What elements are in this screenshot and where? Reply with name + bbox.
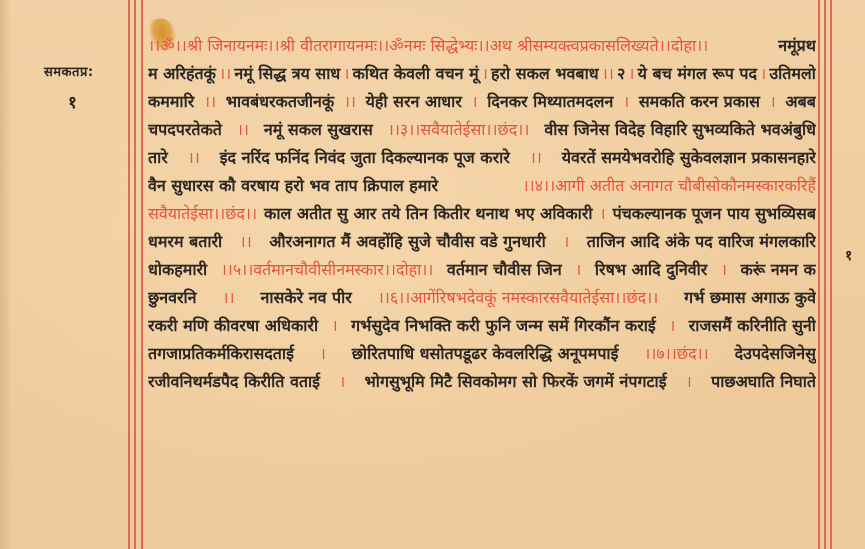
text-line: म अरिहंतकूं।।नमूं सिद्ध त्रय साध।कथित के… xyxy=(148,61,816,89)
text-line: वैन सुधारस कौ वरषाय हरो भव ताप क्रिपाल ह… xyxy=(148,173,816,201)
rubric-segment: ।।३।।सवैयातेईसा।।छंद।। xyxy=(388,117,530,145)
rubric-segment: ।।६।।आगेंरिषभदेवकूं नमस्कारसवैयातेईसा।।छ… xyxy=(378,285,659,313)
rubric-segment: ।। xyxy=(602,61,614,89)
text-line: तारे।।इंद नरिंद फनिंद निवंद जुता दिकल्या… xyxy=(148,145,816,173)
folio-number: १ xyxy=(68,90,77,113)
rubric-segment: ।। xyxy=(204,89,216,117)
text-segment: देउपदेसजिनेसु xyxy=(735,341,816,369)
text-line: सवैयातेईसा।।छंद।।काल अतीत सु आर तये तिन … xyxy=(148,201,816,229)
rubric-segment: ।। xyxy=(188,145,200,173)
text-segment: गर्भ छमास अगाऊ कुवे xyxy=(684,285,816,313)
text-segment: वीस जिनेस विदेह विहारि सुभव्यकिते भवअंबु… xyxy=(544,117,816,145)
text-line: रकरी मणि कीवरषा अधिकारी।गर्भसुदेव निभक्त… xyxy=(148,313,816,341)
rubric-segment: ।। xyxy=(344,89,356,117)
rubric-segment: । xyxy=(482,61,488,89)
text-segment: चपदपरतेकते xyxy=(148,117,222,145)
text-segment: छुनवरनि xyxy=(148,285,197,313)
rubric-segment: । xyxy=(472,89,478,117)
text-segment: कथित केवली वचन मूं xyxy=(353,61,479,89)
text-segment: इंद नरिंद फनिंद निवंद जुता दिकल्यानक पूज… xyxy=(220,145,510,173)
rubric-segment: । xyxy=(563,229,569,257)
right-margin-mark: १ xyxy=(845,246,852,265)
rubric-segment: । xyxy=(339,369,345,397)
right-border-rule-3 xyxy=(830,0,832,549)
text-segment: वर्तमान चौवीस जिन xyxy=(447,257,562,285)
text-segment: रजीवनिथर्मडपैद किरीति वताई xyxy=(148,369,320,397)
rubric-segment: । xyxy=(332,313,338,341)
rubric-segment: ।।७।।छंद।। xyxy=(644,341,708,369)
text-line: तगजाप्रतिकर्मकिरासदताई।छोरितपाधि धसोतपडू… xyxy=(148,341,816,369)
rubric-segment: । xyxy=(623,89,629,117)
text-segment: २ xyxy=(617,61,625,89)
rubric-segment: ।। xyxy=(530,145,542,173)
text-line: चपदपरतेकते।।नमूं सकल सुखरास।।३।।सवैयातेई… xyxy=(148,117,816,145)
text-line: छुनवरनि।।नासकेरे नव पीर।।६।।आगेंरिषभदेवक… xyxy=(148,285,816,313)
rubric-segment: ।।ॐ।।श्री जिनायनमः।।श्री वीतरागायनमः।।ॐन… xyxy=(148,33,708,61)
text-segment: उतिमलो xyxy=(769,61,816,89)
text-segment: समकति करन प्रकास xyxy=(639,89,760,117)
text-line: धोकहमारी।।५।।वर्तमानचौवीसीनमस्कार।।दोहा।… xyxy=(148,257,816,285)
rubric-segment: । xyxy=(320,341,326,369)
text-segment: पंचकल्यानक पूजन पाय सुभव्यिसब xyxy=(613,201,816,229)
rubric-segment: । xyxy=(669,313,675,341)
rubric-segment: ।। xyxy=(222,285,234,313)
rubric-segment: । xyxy=(600,201,606,229)
margin-title: समकतप्र: xyxy=(44,62,94,80)
rubric-segment: ।। xyxy=(237,117,249,145)
text-segment: भोगसुभूमि मिटै सिवकोमग सो फिरकें जगमें न… xyxy=(365,369,667,397)
text-segment: येवरतें समयेभवरोहि सुकेवलज्ञान प्रकासनहा… xyxy=(562,145,816,173)
page-edge-shadow xyxy=(0,0,12,549)
text-segment: काल अतीत सु आर तये तिन कितीर थनाथ भए अवि… xyxy=(264,201,592,229)
text-segment: नमूंप्रथ xyxy=(778,33,816,61)
rubric-segment: ।। xyxy=(219,61,231,89)
rubric-segment: । xyxy=(628,61,634,89)
text-segment: अबब xyxy=(785,89,816,117)
text-segment: रकरी मणि कीवरषा अधिकारी xyxy=(148,313,318,341)
rubric-segment: । xyxy=(686,369,692,397)
text-line: रजीवनिथर्मडपैद किरीति वताई।भोगसुभूमि मिट… xyxy=(148,369,816,397)
text-segment: म अरिहंतकूं xyxy=(148,61,216,89)
text-segment: हरो सकल भवबाध xyxy=(491,61,599,89)
text-segment: वैन सुधारस कौ वरषाय हरो भव ताप क्रिपाल ह… xyxy=(148,173,438,201)
left-border-rule-3 xyxy=(141,0,143,549)
text-line: ।।ॐ।।श्री जिनायनमः।।श्री वीतरागायनमः।।ॐन… xyxy=(148,33,816,61)
right-border-rule-1 xyxy=(818,0,820,549)
rubric-segment: । xyxy=(721,257,727,285)
text-segment: करूं नमन क xyxy=(740,257,815,285)
text-segment: रिषभ आदि दुनिवीर xyxy=(595,257,707,285)
text-segment: नासकेरे नव पीर xyxy=(260,285,351,313)
rubric-segment: । xyxy=(343,61,349,89)
text-segment: नमूं सिद्ध त्रय साध xyxy=(234,61,340,89)
text-segment: राजसमैं करिनीति सुनी xyxy=(689,313,816,341)
text-line: धमरम बतारी।।औरअनागत मैं अवहोंहि सुजे चौव… xyxy=(148,229,816,257)
text-segment: धमरम बतारी xyxy=(148,229,222,257)
text-segment: नमूं सकल सुखरास xyxy=(264,117,373,145)
text-segment: कममारि xyxy=(148,89,194,117)
right-border-rule-2 xyxy=(824,0,826,549)
manuscript-folio: समकतप्र: १ १ ।।ॐ।।श्री जिनायनमः।।श्री वी… xyxy=(0,0,865,549)
text-segment: पाछअघाति निघाते xyxy=(711,369,816,397)
left-border-rule-2 xyxy=(134,0,136,549)
text-segment: तारे xyxy=(148,145,168,173)
text-segment: तगजाप्रतिकर्मकिरासदताई xyxy=(148,341,294,369)
text-segment: दिनकर मिथ्यातमदलन xyxy=(487,89,613,117)
rubric-segment: । xyxy=(760,61,766,89)
text-segment: धोकहमारी xyxy=(148,257,207,285)
left-border-rule-1 xyxy=(128,0,130,549)
rubric-segment: । xyxy=(770,89,776,117)
text-segment: भावबंधरकतजीनकूं xyxy=(226,89,334,117)
manuscript-text-block: ।।ॐ।।श्री जिनायनमः।।श्री वीतरागायनमः।।ॐन… xyxy=(148,33,816,397)
text-segment: ताजिन आदि अंके पद वारिज मंगलकारि xyxy=(587,229,816,257)
rubric-segment: ।। xyxy=(240,229,252,257)
text-segment: ये बच मंगल रूप पद xyxy=(638,61,757,89)
text-segment: छोरितपाधि धसोतपडूढर केवलरिद्धि अनूपमपाई xyxy=(352,341,619,369)
text-segment: येही सरन आधार xyxy=(366,89,462,117)
rubric-segment: ।।५।।वर्तमानचौवीसीनमस्कार।।दोहा।। xyxy=(221,257,434,285)
text-segment: औरअनागत मैं अवहोंहि सुजे चौवीस वडे गुनधा… xyxy=(269,229,546,257)
rubric-segment: सवैयातेईसा।।छंद।। xyxy=(148,201,257,229)
rubric-segment: ।।४।।आगी अतीत अनागत चौबीसोकौनमस्कारकरिहै… xyxy=(523,173,816,201)
text-segment: गर्भसुदेव निभक्ति करी फुनि जन्म समें गिर… xyxy=(351,313,656,341)
rubric-segment: । xyxy=(575,257,581,285)
text-line: कममारि।।भावबंधरकतजीनकूं।।येही सरन आधार।द… xyxy=(148,89,816,117)
